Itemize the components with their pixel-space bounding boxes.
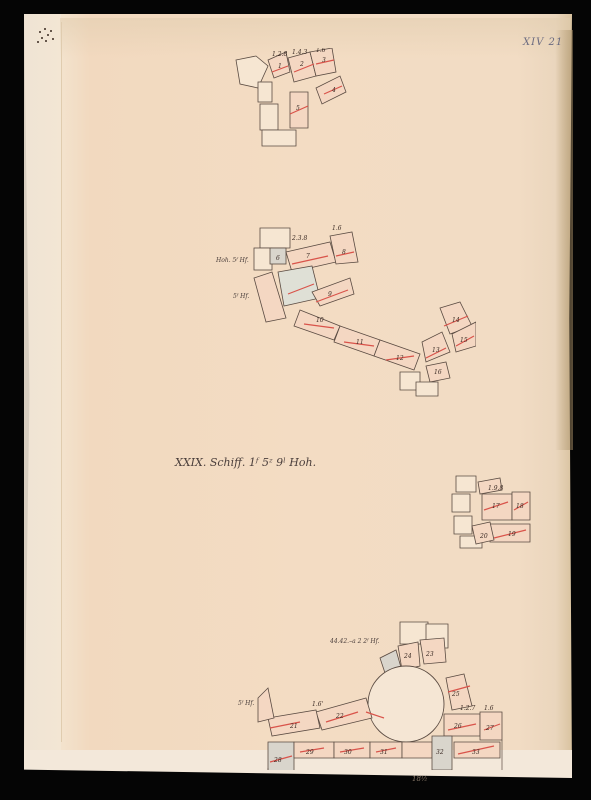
room-number: 20	[479, 533, 488, 540]
dimension: 1.6	[484, 705, 494, 712]
room-number: 15	[460, 337, 468, 344]
room-number: 4	[331, 87, 336, 94]
dimension: 2.3.8	[291, 235, 307, 242]
left-margin-strip	[24, 14, 61, 762]
plan-2: 6 7 8 9 10 11 12 13 14 15 16 2.3.8 1.6	[240, 222, 476, 398]
room-number: 31	[380, 749, 388, 756]
room-number: 32	[436, 749, 444, 756]
room-number: 2	[299, 61, 304, 68]
room-number: 16	[434, 369, 442, 376]
room-number: 17	[492, 503, 500, 510]
room-number: 12	[396, 355, 404, 362]
room-number: 14	[452, 317, 460, 324]
ink-spots	[35, 25, 57, 47]
room-number: 18	[516, 503, 524, 510]
room-number: 30	[344, 749, 352, 756]
reference-mark: XIV 21	[523, 37, 563, 48]
footer-mark: 18½	[412, 775, 428, 783]
room-number: 19	[508, 531, 516, 538]
dimension: 1.4.3	[292, 49, 307, 56]
plan-4: 21 22 23 24 25 26 27 28 29 30 31 32 33 1…	[240, 618, 508, 770]
room-number: 22	[335, 713, 344, 720]
room-number: 1	[278, 63, 282, 70]
dimension: 1.6	[316, 48, 326, 54]
dimension: 1.2.7	[460, 705, 475, 712]
dimension: 1.9.8	[488, 485, 503, 492]
room-number: 3	[322, 57, 326, 64]
room-number: 29	[305, 749, 314, 756]
plan-3: 17 18 19 20 1.9.8	[450, 472, 535, 550]
title-inscription: XXIX. Schiff. 1ᶠ 5ᶻ 9ˡ Hoh.	[175, 456, 316, 469]
dimension: 1.6	[332, 225, 342, 232]
room-number: 26	[453, 723, 462, 730]
room-number: 5	[296, 105, 300, 112]
room-number: 21	[289, 723, 298, 730]
room-number: 6	[276, 255, 280, 262]
inner-paper-edge	[61, 22, 62, 742]
room-number: 9	[328, 291, 332, 298]
room-number: 23	[425, 651, 434, 658]
room-number: 25	[451, 691, 460, 698]
room-number: 28	[273, 757, 282, 764]
room-number: 10	[316, 317, 324, 324]
dimension: 1.2.8	[272, 51, 287, 58]
room-number: 11	[356, 339, 364, 346]
room-number: 27	[485, 725, 494, 732]
plan-1: 1 2 3 4 5 1.2.8 1.4.3 1.6	[228, 48, 348, 148]
room-number: 33	[472, 749, 480, 756]
rotunda	[368, 666, 444, 742]
room-number: 13	[432, 347, 440, 354]
room-number: 7	[306, 253, 310, 260]
room-number: 24	[403, 653, 412, 660]
right-edge-wear	[555, 30, 573, 450]
room-number: 8	[342, 249, 346, 256]
dimension: 1.6'	[312, 701, 324, 708]
